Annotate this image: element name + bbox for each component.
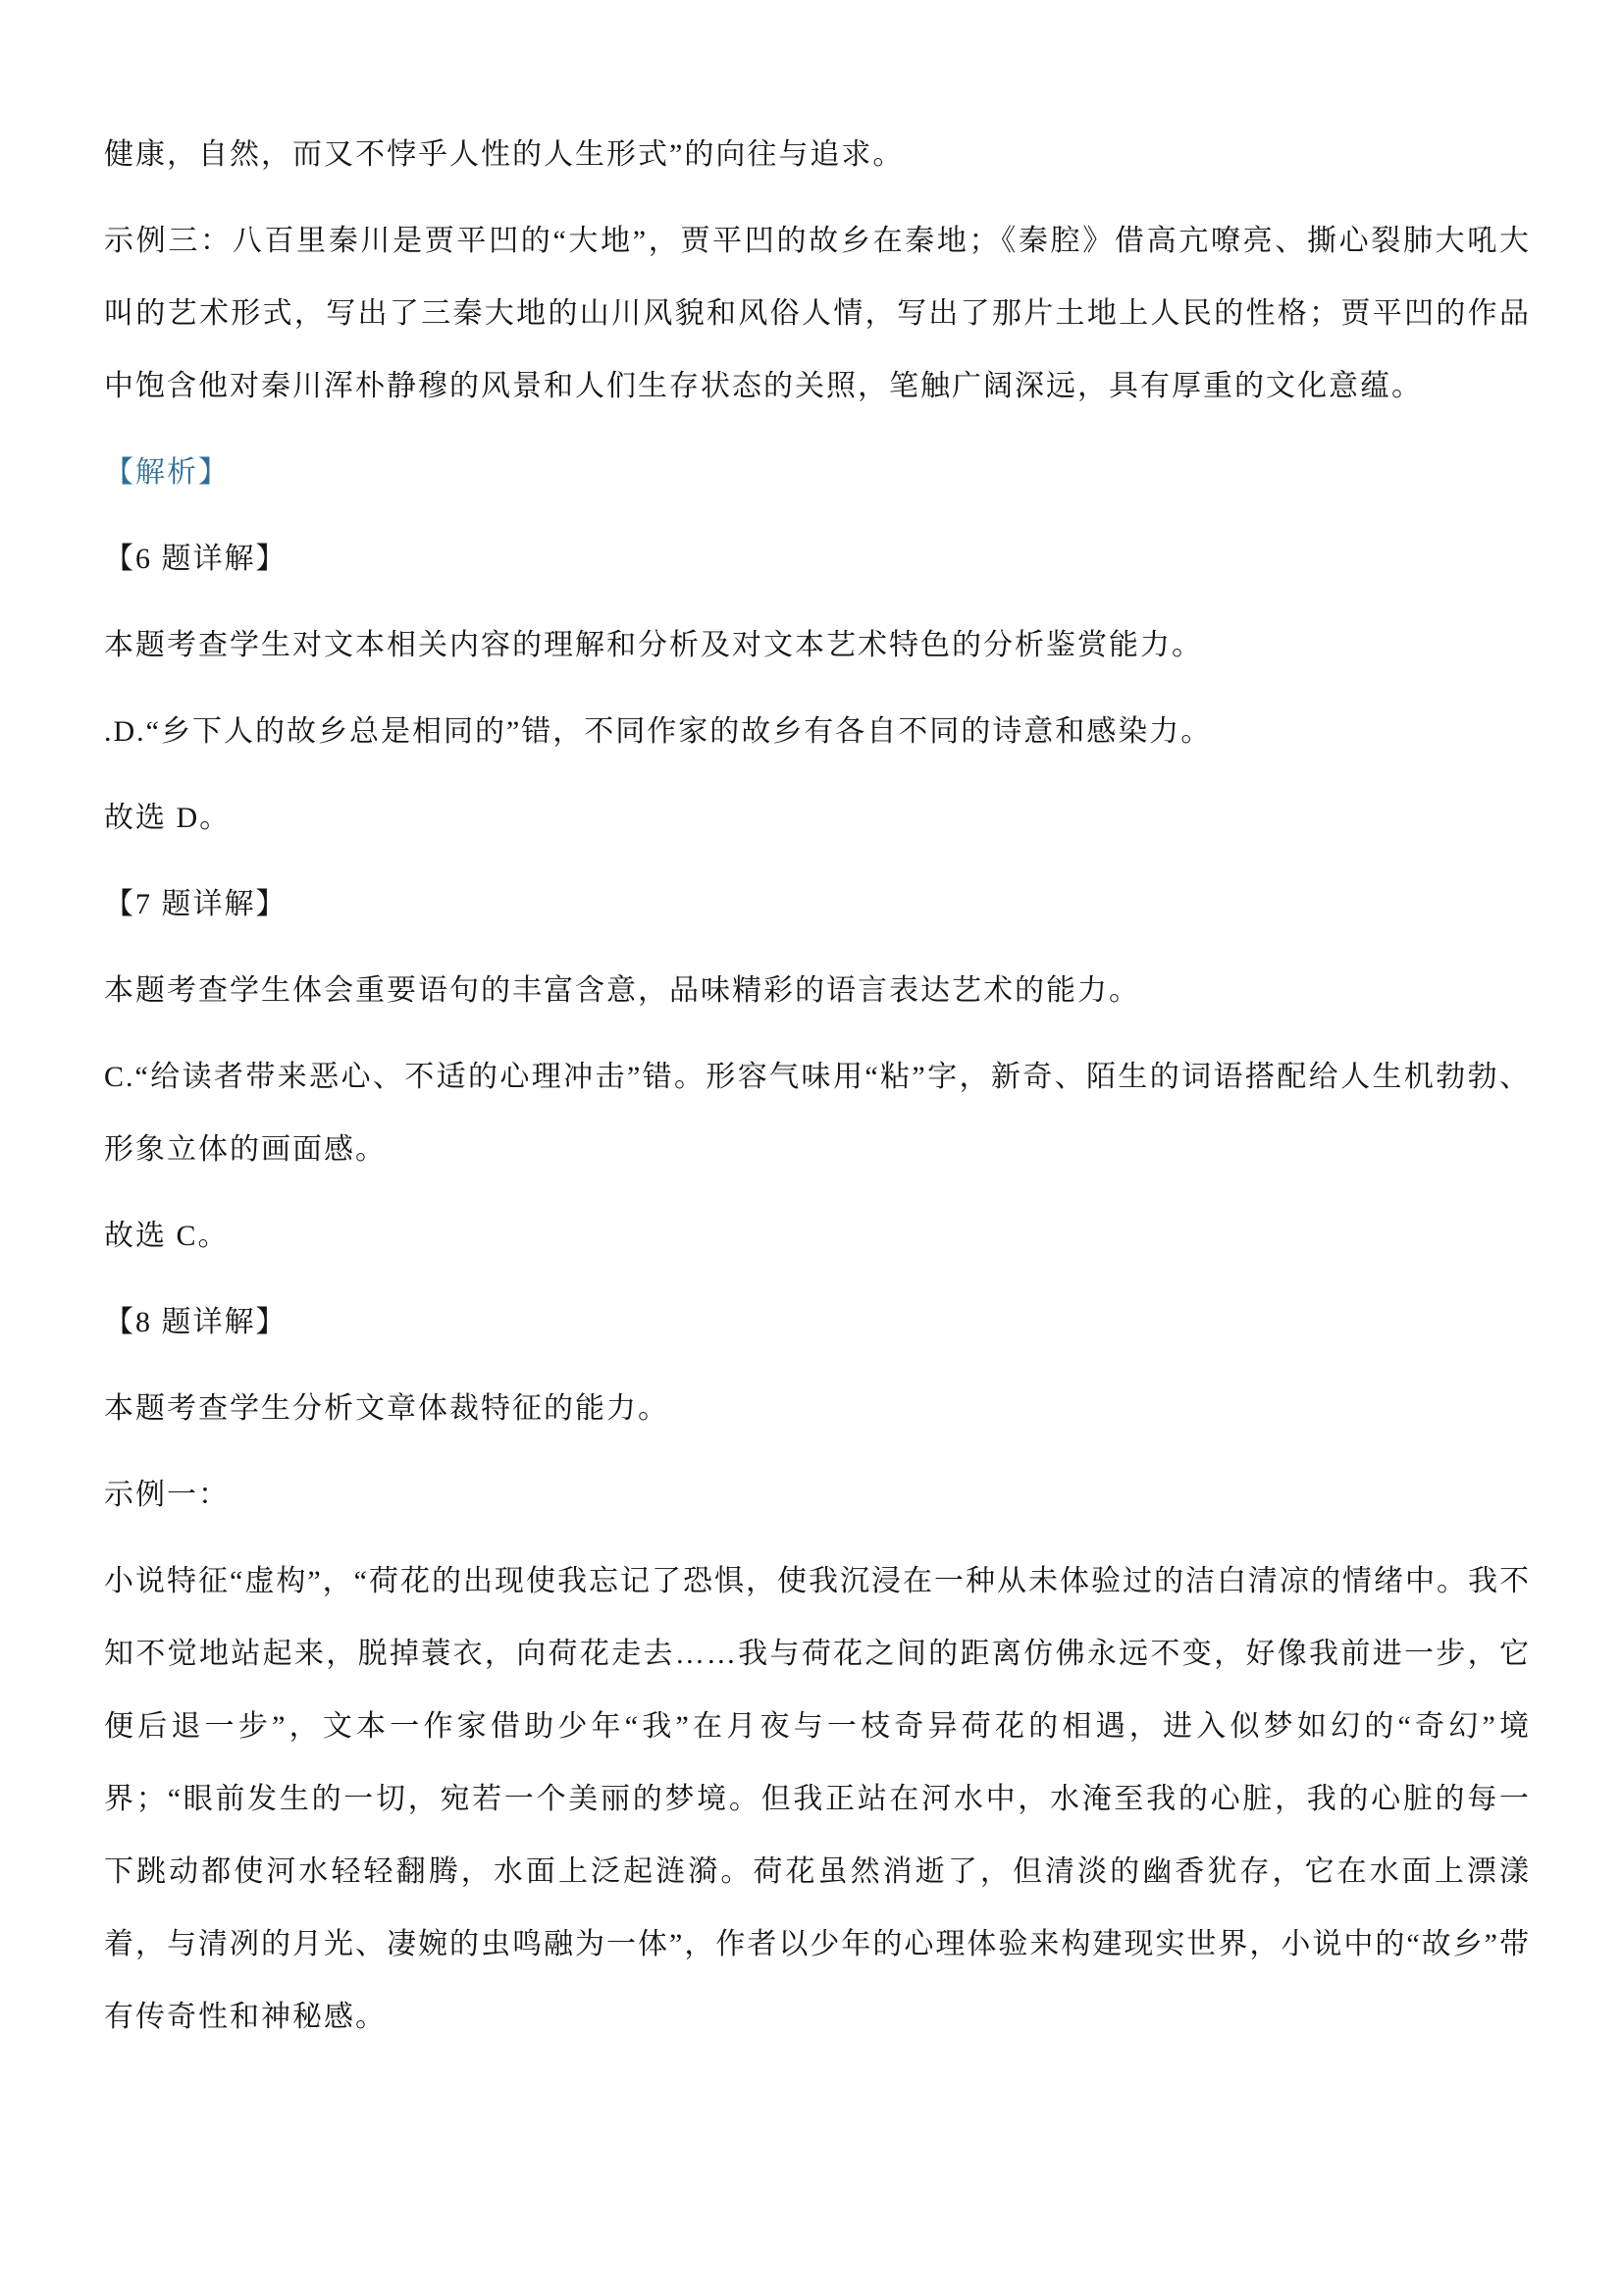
example-3-paragraph: 示例三：八百里秦川是贾平凹的“大地”，贾平凹的故乡在秦地；《秦腔》借高亢嘹亮、撕… [104,205,1531,423]
analysis-section-label: 【解析】 [104,437,1531,509]
example-1-label: 示例一： [104,1459,1531,1532]
q8-ability-statement: 本题考查学生分析文章体裁特征的能力。 [104,1373,1531,1445]
q6-answer: 故选 D。 [104,782,1531,855]
q6-option-d-explanation: .D.“乡下人的故乡总是相同的”错，不同作家的故乡有各自不同的诗意和感染力。 [104,696,1531,768]
q8-example-1-paragraph: 小说特征“虚构”，“荷花的出现使我忘记了恐惧，使我沉浸在一种从未体验过的洁白清凉… [104,1545,1531,2054]
q7-ability-statement: 本题考查学生体会重要语句的丰富含意，品味精彩的语言表达艺术的能力。 [104,955,1531,1027]
q6-heading: 【6 题详解】 [104,523,1531,596]
q6-ability-statement: 本题考查学生对文本相关内容的理解和分析及对文本艺术特色的分析鉴赏能力。 [104,609,1531,682]
continuation-paragraph: 健康，自然，而又不悖乎人性的人生形式”的向往与追求。 [104,119,1531,191]
q8-heading: 【8 题详解】 [104,1286,1531,1359]
q7-answer: 故选 C。 [104,1200,1531,1273]
document-page: 健康，自然，而又不悖乎人性的人生形式”的向往与追求。 示例三：八百里秦川是贾平凹… [0,0,1623,2296]
q7-option-c-explanation: C.“给读者带来恶心、不适的心理冲击”错。形容气味用“粘”字，新奇、陌生的词语搭… [104,1041,1531,1186]
q7-heading: 【7 题详解】 [104,868,1531,941]
document-body: 健康，自然，而又不悖乎人性的人生形式”的向往与追求。 示例三：八百里秦川是贾平凹… [104,119,1531,2054]
